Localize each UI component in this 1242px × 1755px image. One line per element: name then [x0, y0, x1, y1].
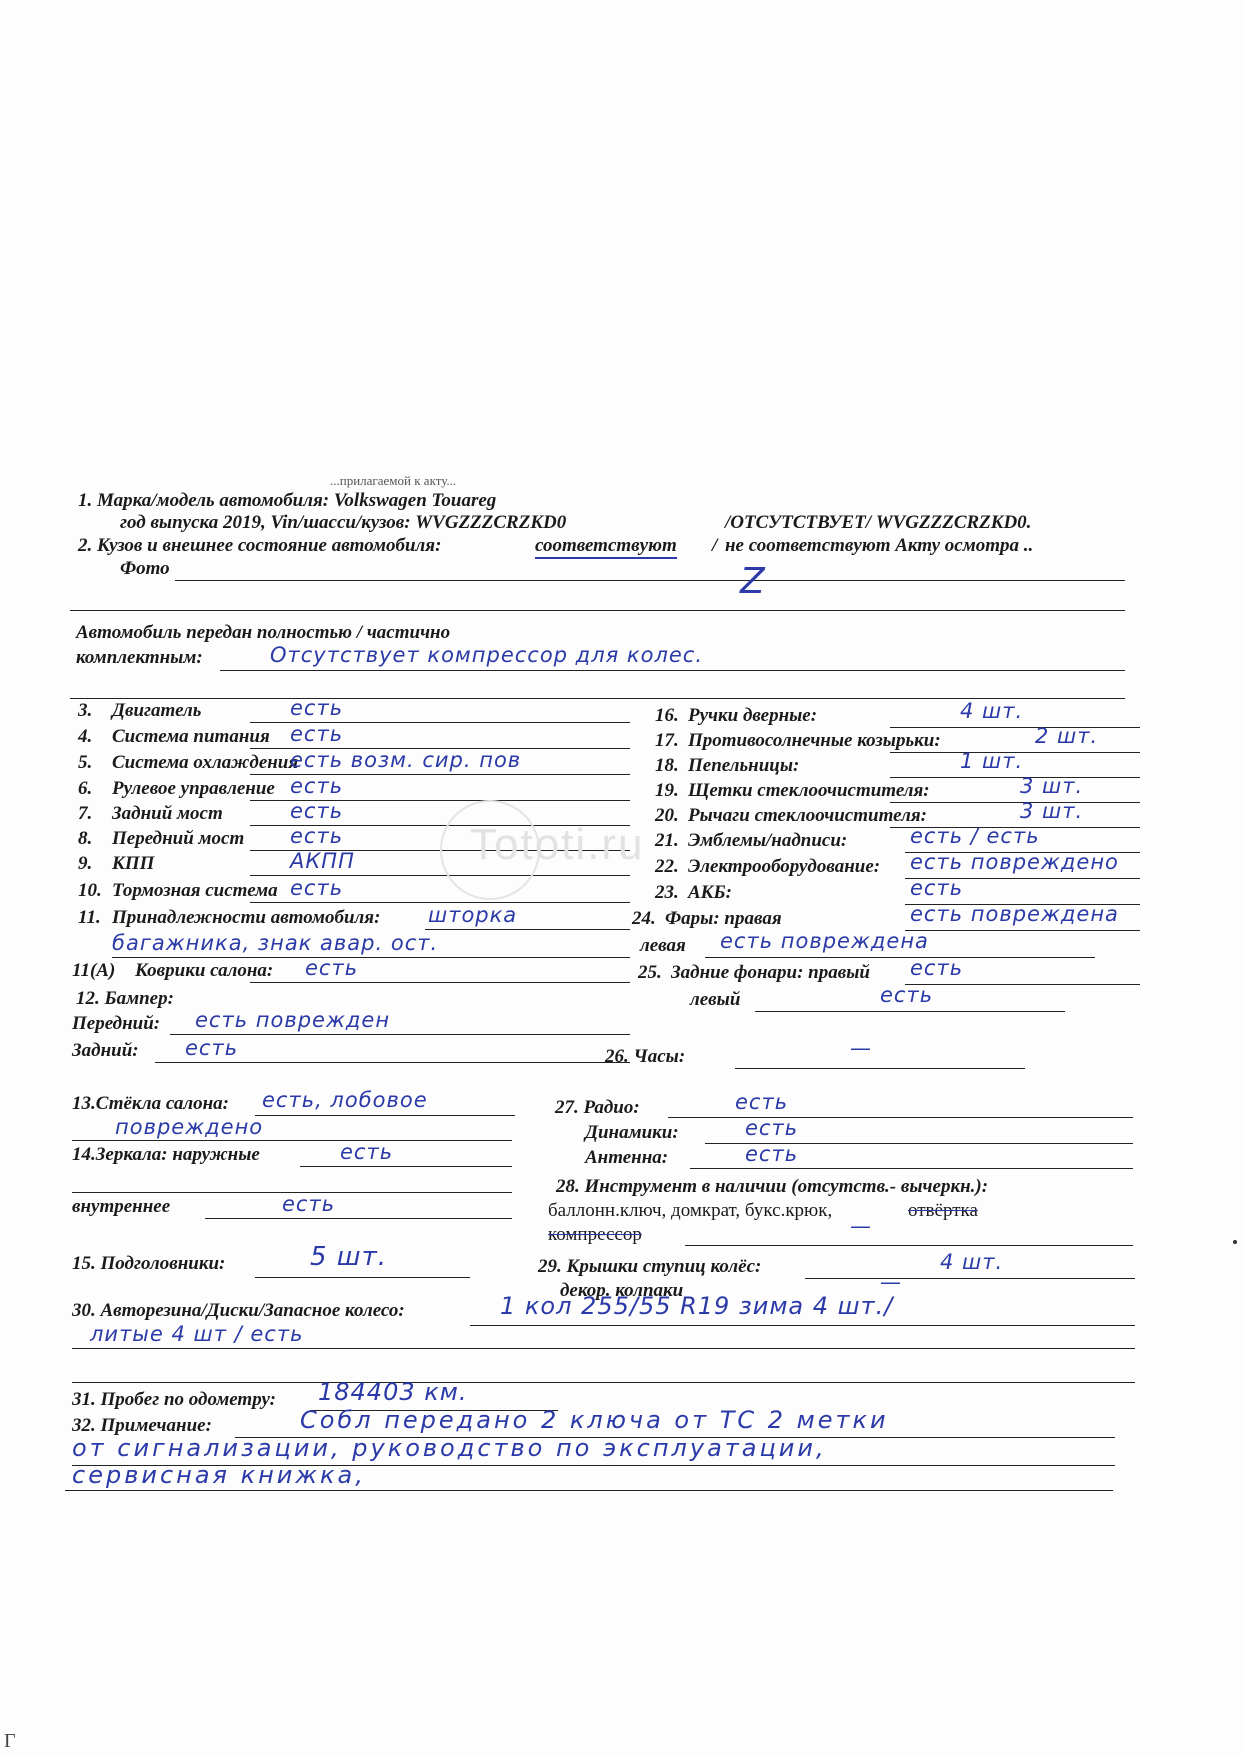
item-number: 22.: [655, 856, 679, 878]
item-number: 20.: [655, 805, 679, 827]
photo-label: Фото: [120, 558, 170, 580]
bumper-front-line: [170, 1034, 630, 1035]
item-sub-line: [705, 957, 1095, 958]
radio-label: 27. Радио:: [555, 1097, 640, 1119]
item-label: Система питания: [112, 726, 270, 748]
item-number: 10.: [78, 880, 102, 902]
item-line: [890, 802, 1140, 803]
item-number: 23.: [655, 882, 679, 904]
tools-struck-compressor: компрессор: [548, 1224, 642, 1246]
item-line: [250, 982, 630, 983]
item-value[interactable]: есть повреждена: [910, 902, 1119, 926]
item-line: [905, 984, 1140, 985]
item-number: 5.: [78, 752, 92, 774]
item-label: Передний мост: [112, 828, 244, 850]
item-value[interactable]: 2 шт.: [1035, 724, 1098, 748]
mirrors-outer-line: [300, 1166, 512, 1167]
item-value[interactable]: есть: [290, 799, 343, 823]
item-label: КПП: [112, 853, 154, 875]
item-sub-label: левая: [640, 935, 686, 957]
antenna-label: Антенна:: [585, 1147, 668, 1169]
item-number: 24.: [632, 908, 656, 930]
odometer-value[interactable]: 184403 км.: [318, 1380, 467, 1404]
item-number: 3.: [78, 700, 92, 722]
hubcaps-line: [805, 1278, 1135, 1279]
watermark: Tototi.ru: [470, 820, 645, 870]
item-number: 25.: [638, 962, 662, 984]
item-line-2: [112, 957, 630, 958]
note-line-3[interactable]: сервисная книжка,: [72, 1463, 366, 1487]
mirrors-outer-value[interactable]: есть: [340, 1140, 393, 1164]
speakers-label: Динамики:: [585, 1122, 679, 1144]
item-label: Щетки стеклоочистителя:: [688, 780, 930, 802]
item-value[interactable]: шторка: [428, 903, 517, 927]
item-value[interactable]: 3 шт.: [1020, 799, 1083, 823]
item-2-separator: /: [712, 535, 717, 557]
item-2-label: 2. Кузов и внешнее состояние автомобиля:: [78, 535, 441, 557]
item-label: Задний мост: [112, 803, 223, 825]
item-label: Ручки дверные:: [688, 705, 817, 727]
item-label: Тормозная система: [112, 880, 278, 902]
item-number: 11(А): [72, 960, 115, 982]
item-label: АКБ:: [688, 882, 732, 904]
item-value[interactable]: есть: [910, 956, 963, 980]
speakers-value[interactable]: есть: [745, 1116, 798, 1140]
clock-line: [735, 1068, 1025, 1069]
item-value[interactable]: есть: [910, 876, 963, 900]
item-sub-value[interactable]: есть: [880, 983, 933, 1007]
note-line-1[interactable]: Собл передано 2 ключа от ТС 2 метки: [300, 1408, 889, 1432]
hubcaps-value[interactable]: 4 шт.: [940, 1250, 1003, 1274]
glass-value[interactable]: есть, лобовое: [262, 1088, 428, 1112]
glass-line: [255, 1115, 515, 1116]
note-rule-3: [65, 1490, 1113, 1491]
item-2-option-selected[interactable]: соответствуют: [535, 535, 677, 559]
item-value[interactable]: есть возм. сир. пов: [290, 748, 521, 772]
tools-present: баллонн.ключ, домкрат, букс.крюк,: [548, 1200, 832, 1222]
item-1-vin-tail: /ОТСУТСТВУЕТ/ WVGZZZCRZKD0.: [725, 512, 1031, 534]
glass-line-2: [72, 1140, 512, 1141]
headrests-value[interactable]: 5 шт.: [310, 1245, 387, 1269]
divider-line: [70, 610, 1125, 611]
headrests-label: 15. Подголовники:: [72, 1253, 225, 1275]
mirrors-label: 14.Зеркала: наружные: [72, 1144, 260, 1166]
tools-value[interactable]: —: [850, 1214, 872, 1238]
item-label: Система охлаждения: [112, 752, 298, 774]
photo-mark: Z: [740, 570, 766, 594]
bumper-rear-line: [155, 1062, 630, 1063]
item-label: Рулевое управление: [112, 778, 275, 800]
tires-line-3: [72, 1382, 1135, 1383]
glass-value-2[interactable]: повреждено: [115, 1115, 263, 1139]
item-label: Пепельницы:: [688, 755, 799, 777]
item-1-vin: год выпуска 2019, Vin/шасси/кузов: WVGZZ…: [120, 512, 566, 534]
item-number: 9.: [78, 853, 92, 875]
item-number: 8.: [78, 828, 92, 850]
item-value[interactable]: 3 шт.: [1020, 774, 1083, 798]
mirrors-inner-label: внутреннее: [72, 1196, 170, 1218]
item-number: 11.: [78, 907, 101, 929]
item-label: Электрооборудование:: [688, 856, 880, 878]
item-label: Задние фонари: правый: [671, 962, 870, 984]
item-number: 16.: [655, 705, 679, 727]
bumper-rear-label: Задний:: [72, 1040, 139, 1062]
mirrors-inner-value[interactable]: есть: [282, 1192, 335, 1216]
item-line: [890, 727, 1140, 728]
radio-value[interactable]: есть: [735, 1090, 788, 1114]
tires-label: 30. Авторезина/Диски/Запасное колесо:: [72, 1300, 405, 1322]
hubcaps-label: 29. Крышки ступиц колёс:: [538, 1256, 761, 1278]
item-number: 7.: [78, 803, 92, 825]
item-value[interactable]: есть повреждено: [910, 850, 1119, 874]
item-sub-label: левый: [690, 989, 740, 1011]
item-label: Эмблемы/надписи:: [688, 830, 847, 852]
radio-line: [668, 1117, 1133, 1118]
item-number: 21.: [655, 830, 679, 852]
item-value[interactable]: есть: [290, 722, 343, 746]
item-number: 18.: [655, 755, 679, 777]
completeness-label-1: Автомобиль передан полностью / частично: [76, 622, 450, 644]
header-fragment: ...прилагаемой к акту...: [330, 470, 456, 492]
clock-label: 26. Часы:: [605, 1046, 685, 1068]
item-2-option-other[interactable]: не соответствуют Акту осмотра ..: [725, 535, 1033, 557]
form-page: ...прилагаемой к акту... 1. Марка/модель…: [0, 0, 1242, 1755]
item-number: 17.: [655, 730, 679, 752]
item-value[interactable]: АКПП: [290, 849, 355, 873]
antenna-line: [690, 1168, 1133, 1169]
item-value[interactable]: есть: [290, 774, 343, 798]
bumper-rear-value[interactable]: есть: [185, 1036, 238, 1060]
headrests-line: [255, 1277, 470, 1278]
mirrors-inner-line: [205, 1218, 512, 1219]
glass-label: 13.Стёкла салона:: [72, 1093, 229, 1115]
tires-value-2[interactable]: литые 4 шт / есть: [90, 1322, 303, 1346]
item-number: 6.: [78, 778, 92, 800]
bumper-front-label: Передний:: [72, 1013, 160, 1035]
item-value[interactable]: есть / есть: [910, 824, 1040, 848]
item-line: [905, 930, 1140, 931]
tools-line: [685, 1245, 1133, 1246]
item-sub-line: [755, 1011, 1065, 1012]
tires-line-2: [72, 1348, 1135, 1349]
item-value[interactable]: есть: [290, 696, 343, 720]
tires-value[interactable]: 1 кол 255/55 R19 зима 4 шт./: [500, 1294, 893, 1318]
item-label: Фары: правая: [665, 908, 782, 930]
item-label: Принадлежности автомобиля:: [112, 907, 380, 929]
bumper-label: 12. Бампер:: [76, 988, 174, 1010]
item-value[interactable]: есть: [290, 824, 343, 848]
note-line-2[interactable]: от сигнализации, руководство по эксплуат…: [72, 1436, 827, 1460]
photo-line: [175, 580, 1125, 581]
item-label: Рычаги стеклоочистителя:: [688, 805, 927, 827]
item-label: Двигатель: [112, 700, 201, 722]
odometer-label: 31. Пробег по одометру:: [72, 1389, 276, 1411]
item-1-label: 1. Марка/модель автомобиля: Volkswagen T…: [78, 490, 496, 512]
item-label: Коврики салона:: [135, 960, 273, 982]
antenna-value[interactable]: есть: [745, 1142, 798, 1166]
item-sub-value[interactable]: есть повреждена: [720, 929, 929, 953]
completeness-label-2: комплектным:: [76, 647, 203, 669]
item-value[interactable]: 1 шт.: [960, 749, 1023, 773]
clock-value[interactable]: —: [850, 1036, 872, 1060]
item-value[interactable]: 4 шт.: [960, 699, 1023, 723]
scan-speck: [1233, 1240, 1237, 1244]
item-line: [890, 777, 1140, 778]
item-value[interactable]: есть: [305, 956, 358, 980]
item-line: [425, 929, 630, 930]
completeness-line: [220, 670, 1125, 671]
item-number: 4.: [78, 726, 92, 748]
bumper-front-value[interactable]: есть поврежден: [195, 1008, 390, 1032]
item-label: Противосолнечные козырьки:: [688, 730, 941, 752]
completeness-value[interactable]: Отсутствует компрессор для колес.: [270, 643, 703, 667]
item-value[interactable]: есть: [290, 876, 343, 900]
tires-line: [470, 1325, 1135, 1326]
item-value-2[interactable]: багажника, знак авар. ост.: [112, 931, 438, 955]
tools-label: 28. Инструмент в наличии (отсутств.- выч…: [556, 1176, 988, 1198]
tools-struck-screwdriver: отвёртка: [908, 1200, 978, 1222]
item-number: 19.: [655, 780, 679, 802]
corner-mark: Г: [4, 1730, 16, 1753]
decor-value[interactable]: —: [880, 1270, 902, 1294]
